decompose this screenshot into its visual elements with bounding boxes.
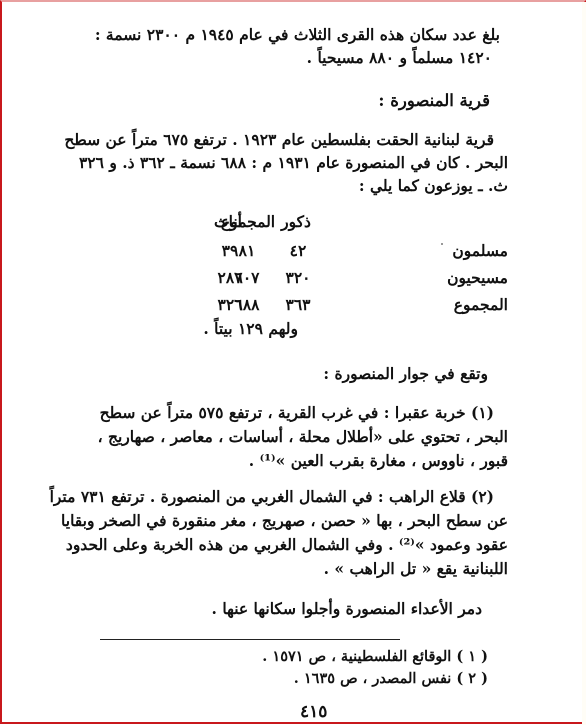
item-1-line-2: البحر ، تحتوي على «أطلال محلة ، أساسات ،… (100, 426, 508, 448)
description-line-1: قرية لبنانية الحقت بفلسطين عام ١٩٢٣ . تر… (96, 129, 494, 151)
cell-male: ٤٢ (273, 240, 323, 262)
description-line-3: ث. ـ يوزعون كما يلي : (96, 175, 508, 197)
section-heading: قرية المنصورة : (96, 90, 490, 112)
item-2-line-1: (٢) قلاع الراهب : في الشمال الغربي من ال… (100, 486, 494, 508)
cell-total: ٦٨٨ (222, 294, 272, 316)
item-2-line-2: عن سطح البحر ، بها « حصن ، صهريج ، مغر م… (100, 510, 508, 532)
footnote-2: ( ٢ ) نفس المصدر ، ص ١٦٣٥ . (294, 669, 488, 689)
item-1-line-1: (١) خربة عقبرا : في غرب القرية ، ترتفع ٥… (100, 402, 494, 424)
closing-line: دمر الأعداء المنصورة وأجلوا سكانها عنها … (96, 598, 482, 620)
footnote-1: ( ١ ) الوقائع الفلسطينية ، ص ١٥٧١ . (262, 647, 488, 667)
nearby-heading: وتقع في جوار المنصورة : (96, 363, 488, 385)
row-label: المجموع (428, 294, 508, 316)
description-line-2: البحر . كان في المنصورة عام ١٩٣١ م : ٦٨٨… (96, 152, 508, 174)
cell-total: ٨١ (222, 240, 272, 262)
row-label: مسيحيون (428, 267, 508, 289)
footnote-divider (100, 639, 400, 640)
item-1-line-3: قبور ، ناووس ، مغارة بقرب العين »⁽¹⁾ . (96, 450, 508, 472)
scan-speck (441, 243, 443, 245)
intro-line-1: بلغ عدد سكان هذه القرى الثلاث في عام ١٩٤… (96, 24, 500, 46)
row-label: مسلمون (428, 240, 508, 262)
item-2-line-3: عقود وعمود »⁽²⁾ . وفي الشمال الغربي من ه… (100, 534, 508, 556)
book-page: بلغ عدد سكان هذه القرى الثلاث في عام ١٩٤… (0, 0, 588, 727)
table-header-row: ذكور أناث المجموع (0, 211, 588, 233)
page-number: ٤١٥ (300, 702, 327, 722)
table-row: مسيحيون ٣٢٠ ٢٨٧ ٦٠٧ (0, 267, 588, 289)
cell-male: ٣٢٠ (273, 267, 323, 289)
table-row: مسلمون ٤٢ ٣٩ ٨١ (0, 240, 588, 262)
houses-line: ولهم ١٢٩ بيتاً . (96, 318, 298, 340)
intro-line-2: ١٤٢٠ مسلماً و ٨٨٠ مسيحياً . (96, 47, 492, 69)
cell-total: ٦٠٧ (222, 267, 272, 289)
table-row: المجموع ٣٦٣ ٣٢٦ ٦٨٨ (0, 294, 588, 316)
cell-male: ٣٦٣ (273, 294, 323, 316)
item-2-line-4: اللبنانية يقع « تل الراهب » . (96, 558, 508, 580)
header-total: المجموع (218, 211, 278, 233)
